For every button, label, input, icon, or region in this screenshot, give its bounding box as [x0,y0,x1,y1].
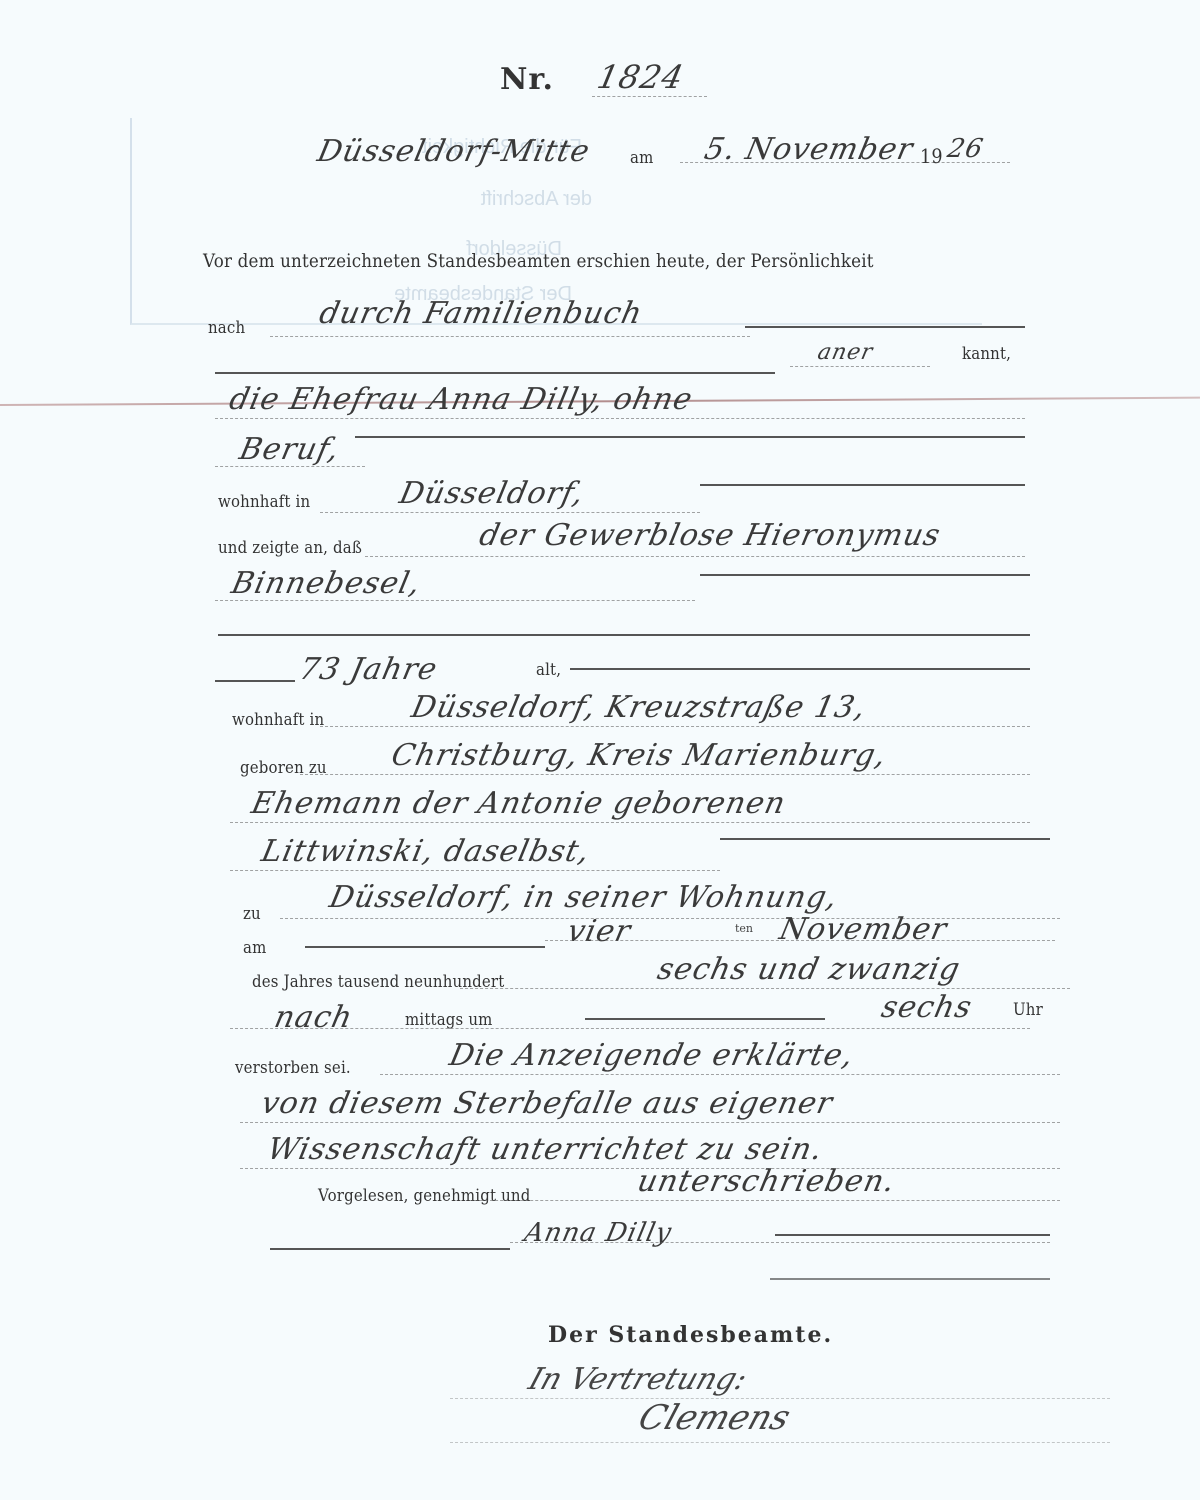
fill-rule [700,574,1030,576]
dotted-line [240,1122,1060,1123]
spouse-line-1: Ehemann der Antonie geborenen [248,786,789,821]
dotted-line [510,1242,1050,1243]
closing-label: Vorgelesen, genehmigt und [318,1186,530,1206]
fill-rule [215,372,775,374]
dotted-line [215,418,1025,419]
informant-residence-label: wohnhaft in [218,492,310,512]
dotted-line [450,1398,1110,1399]
informant-line-1: die Ehefrau Anna Dilly, ohne [226,382,696,417]
fill-rule [775,1234,1050,1236]
fill-rule [745,326,1025,328]
dotted-line [545,940,1055,941]
deceased-name-line-1: der Gewerblose Hieronymus [476,518,944,553]
dotted-line [230,1028,1030,1029]
year-prefix: 19 [920,144,943,168]
nach-label: nach [208,318,245,338]
announcement-label: und zeigte an, daß [218,538,362,558]
certificate-number: 1824 [594,58,688,96]
intro-text: Vor dem unterzeichneten Standesbeamten e… [203,250,874,272]
death-hour-value: sechs [878,990,975,1025]
death-year-value: sechs und zwanzig [654,952,963,987]
registrar-signature-line-1: In Vertretung: [524,1362,751,1397]
spouse-line-2: Littwinski, daselbst, [258,834,593,869]
death-year-label: des Jahres tausend neunhundert [252,972,504,992]
deceased-name-line-2: Binnebesel, [228,566,424,601]
dotted-line [592,96,707,97]
death-place-label: zu [243,904,261,924]
death-certificate-page: Für die Richtigkeit der Abschrift Düssel… [0,0,1200,1500]
fill-rule [700,484,1025,486]
death-place-value: Düsseldorf, in seiner Wohnung, [326,880,841,915]
birth-place-value: Christburg, Kreis Marienburg, [388,738,890,773]
time-label: mittags um [405,1010,493,1030]
death-day-value: vier [564,914,634,949]
time-prefix-value: nach [271,1000,356,1035]
dotted-line [320,512,700,513]
informant-residence-value: Düsseldorf, [396,476,587,511]
dotted-line [790,366,930,367]
fill-rule [270,1248,510,1250]
dotted-line [470,1200,1060,1201]
death-month-value: November [776,912,950,947]
age-value: 73 Jahre [296,652,440,687]
dotted-line [230,822,1030,823]
death-day-label: am [243,938,266,958]
fill-rule [215,680,295,682]
dotted-line [320,726,1030,727]
number-label: Nr. [500,62,554,97]
closing-value: unterschrieben. [634,1164,898,1199]
stamp-line: der Abschrift [481,188,592,211]
informant-line-2: Beruf, [236,432,342,467]
remark-line-2: von diesem Sterbefalle aus eigener [258,1086,836,1121]
year-suffix: 26 [945,134,986,164]
dotted-line [380,1074,1060,1075]
dotted-line [680,162,1010,163]
fill-rule [770,1278,1050,1280]
dotted-line [270,336,750,337]
dotted-line [450,1442,1110,1443]
dotted-line [300,774,1030,775]
fill-rule [585,1018,825,1020]
am-label: am [630,148,653,168]
kannt-label: kannt, [962,344,1011,364]
deceased-residence-value: Düsseldorf, Kreuzstraße 13, [408,690,869,725]
birth-label: geboren zu [240,758,327,778]
ten-suffix: ten [735,922,753,935]
place-value: Düsseldorf-Mitte [314,134,593,169]
uhr-label: Uhr [1013,1000,1043,1020]
anerkannt-value: aner [815,340,875,365]
dotted-line [460,988,1070,989]
fill-rule [355,436,1025,438]
registrar-title: Der Standesbeamte. [548,1322,833,1348]
dotted-line [365,556,1025,557]
remark-line-1: Die Anzeigende erklärte, [446,1038,857,1073]
dotted-line [215,466,365,467]
remark-line-3: Wissenschaft unterrichtet zu sein. [264,1132,826,1167]
fill-rule [720,838,1050,840]
registrar-signature-line-2: Clemens [634,1398,796,1438]
fill-rule [218,634,1030,636]
dotted-line [215,600,695,601]
fill-rule [305,946,545,948]
informant-signature: Anna Dilly [522,1218,675,1248]
age-label: alt, [536,660,561,680]
verstorben-label: verstorben sei. [235,1058,351,1078]
identity-source-value: durch Familienbuch [316,296,646,331]
deceased-residence-label: wohnhaft in [232,710,324,730]
fill-rule [570,668,1030,670]
dotted-line [230,870,720,871]
